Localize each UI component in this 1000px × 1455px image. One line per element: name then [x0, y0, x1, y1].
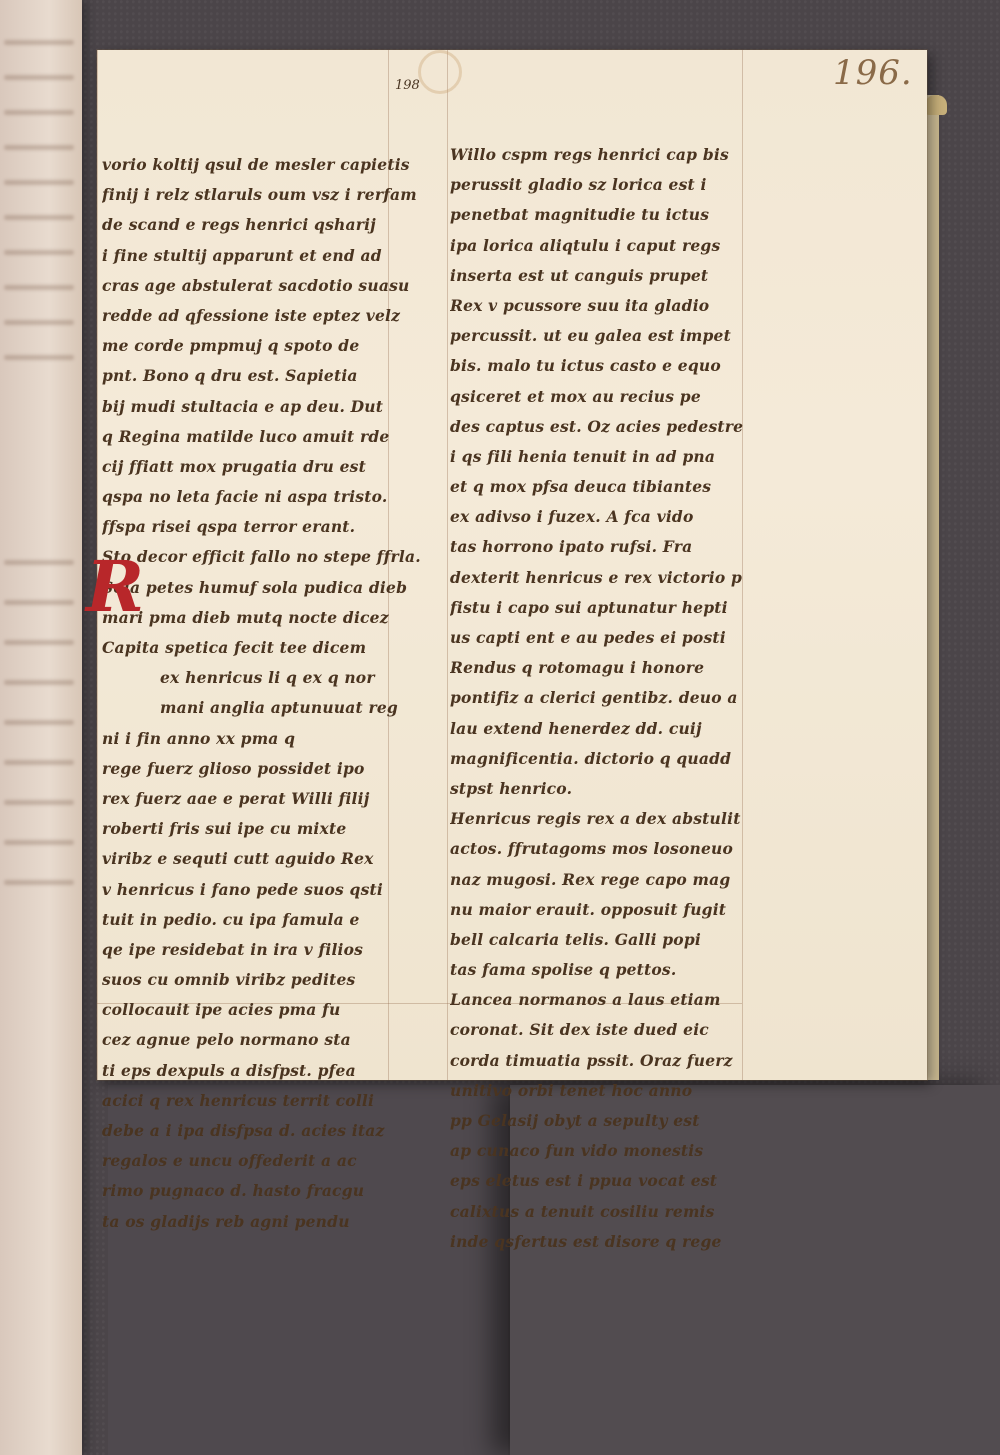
text-line: bis. malo tu ictus casto e equo: [450, 351, 780, 381]
text-line: eps eletus est i ppua vocat est: [450, 1166, 780, 1196]
text-line: ti eps dexpuls a disfpst. pfea: [102, 1056, 432, 1086]
text-line: tas horrono ipato rufsi. Fra: [450, 532, 780, 562]
text-line: perussit gladio sz lorica est i: [450, 170, 780, 200]
text-line: corda timuatia pssit. Oraz fuerz: [450, 1046, 780, 1076]
text-line: cez agnue pelo normano sta: [102, 1025, 432, 1055]
text-line: stpst henrico.: [450, 774, 780, 804]
text-line: suos cu omnib viribz pedites: [102, 965, 432, 995]
text-line: me corde pmpmuj q spoto de: [102, 331, 432, 361]
text-line: mari pma dieb mutq nocte dicez: [102, 603, 432, 633]
text-line: Sto decor efficit fallo no stepe ffrla.: [102, 542, 432, 572]
text-line: finij i relz stlaruls oum vsz i rerfam: [102, 180, 432, 210]
text-line: acici q rex henricus territ colli: [102, 1086, 432, 1116]
text-line: bell calcaria telis. Galli popi: [450, 925, 780, 955]
text-line: pontifiz a clerici gentibz. deuo a: [450, 683, 780, 713]
text-line: i qs fili henia tenuit in ad pna: [450, 442, 780, 472]
text-line: Rex v pcussore suu ita gladio: [450, 291, 780, 321]
text-line: roberti fris sui ipe cu mixte: [102, 814, 432, 844]
text-line: qspa no leta facie ni aspa tristo.: [102, 482, 432, 512]
text-line: v henricus i fano pede suos qsti: [102, 875, 432, 905]
page-stain: [418, 50, 462, 94]
text-line: lau extend henerdez dd. cuij: [450, 714, 780, 744]
text-line: tas fama spolise q pettos.: [450, 955, 780, 985]
text-line: rege fuerz glioso possidet ipo: [102, 754, 432, 784]
text-line: Sola petes humuf sola pudica dieb: [102, 573, 432, 603]
page-fore-edge: [925, 95, 939, 1080]
text-line: rex fuerz aae e perat Willi filij: [102, 784, 432, 814]
page-tab: [925, 95, 947, 115]
text-line: Willo cspm regs henrici cap bis: [450, 140, 780, 170]
text-line: actos. ffrutagoms mos losoneuo: [450, 834, 780, 864]
text-line: us capti ent e au pedes ei posti: [450, 623, 780, 653]
text-line: naz mugosi. Rex rege capo mag: [450, 865, 780, 895]
facing-page-edge: [0, 0, 82, 1455]
text-line: unitivo orbi tenet hoc anno: [450, 1076, 780, 1106]
right-text-column: Willo cspm regs henrici cap bis perussit…: [450, 140, 780, 1257]
text-line: Capita spetica fecit tee dicem: [102, 633, 432, 663]
text-line: rimo pugnaco d. hasto fracgu: [102, 1176, 432, 1206]
text-line: ta os gladijs reb agni pendu: [102, 1207, 432, 1237]
text-line: fistu i capo sui aptunatur hepti: [450, 593, 780, 623]
text-line: dexterit henricus e rex victorio p: [450, 563, 780, 593]
text-line: des captus est. Oz acies pedestre: [450, 412, 780, 442]
text-line: ex henricus li q ex q nor: [102, 663, 432, 693]
text-line: cij ffiatt mox prugatia dru est: [102, 452, 432, 482]
text-line: inde qsfertus est disore q rege: [450, 1227, 780, 1257]
text-line: et q mox pfsa deuca tibiantes: [450, 472, 780, 502]
text-line: calixtus a tenuit cosiliu remis: [450, 1197, 780, 1227]
text-line: ap cunaco fun vido monestis: [450, 1136, 780, 1166]
text-line: pnt. Bono q dru est. Sapietia: [102, 361, 432, 391]
text-line: qe ipe residebat in ira v filios: [102, 935, 432, 965]
ruling-line: [447, 50, 448, 1080]
red-initial-r: R: [86, 552, 144, 622]
text-line: penetbat magnitudie tu ictus: [450, 200, 780, 230]
text-line: q Regina matilde luco amuit rde: [102, 422, 432, 452]
text-line: debe a i ipa disfpsa d. acies itaz: [102, 1116, 432, 1146]
running-number: 198: [395, 78, 420, 93]
text-line: ipa lorica aliqtulu i caput regs: [450, 231, 780, 261]
text-line: coronat. Sit dex iste dued eic: [450, 1015, 780, 1045]
text-line: de scand e regs henrici qsharij: [102, 210, 432, 240]
folio-number: 196.: [833, 53, 913, 93]
text-line: bij mudi stultacia e ap deu. Dut: [102, 392, 432, 422]
text-line: ffspa risei qspa terror erant.: [102, 512, 432, 542]
text-line: magnificentia. dictorio q quadd: [450, 744, 780, 774]
text-line: inserta est ut canguis prupet: [450, 261, 780, 291]
text-line: Henricus regis rex a dex abstulit: [450, 804, 780, 834]
text-line: percussit. ut eu galea est impet: [450, 321, 780, 351]
text-line: pp Gelasij obyt a sepulty est: [450, 1106, 780, 1136]
text-line: nu maior erauit. opposuit fugit: [450, 895, 780, 925]
text-line: cras age abstulerat sacdotio suasu: [102, 271, 432, 301]
text-line: vorio koltij qsul de mesler capietis: [102, 150, 432, 180]
text-line: qsiceret et mox au recius pe: [450, 382, 780, 412]
text-line: regalos e uncu offederit a ac: [102, 1146, 432, 1176]
text-line: tuit in pedio. cu ipa famula e: [102, 905, 432, 935]
text-line: Rendus q rotomagu i honore: [450, 653, 780, 683]
text-line: collocauit ipe acies pma fu: [102, 995, 432, 1025]
text-line: redde ad qfessione iste eptez velz: [102, 301, 432, 331]
text-line: Lancea normanos a laus etiam: [450, 985, 780, 1015]
text-line: viribz e sequti cutt aguido Rex: [102, 844, 432, 874]
text-line: mani anglia aptunuuat reg: [102, 693, 432, 723]
left-text-column: vorio koltij qsul de mesler capietis fin…: [102, 150, 432, 1237]
text-line: ex adivso i fuzex. A fca vido: [450, 502, 780, 532]
text-line: ni i fin anno xx pma q: [102, 724, 432, 754]
text-line: i fine stultij apparunt et end ad: [102, 241, 432, 271]
